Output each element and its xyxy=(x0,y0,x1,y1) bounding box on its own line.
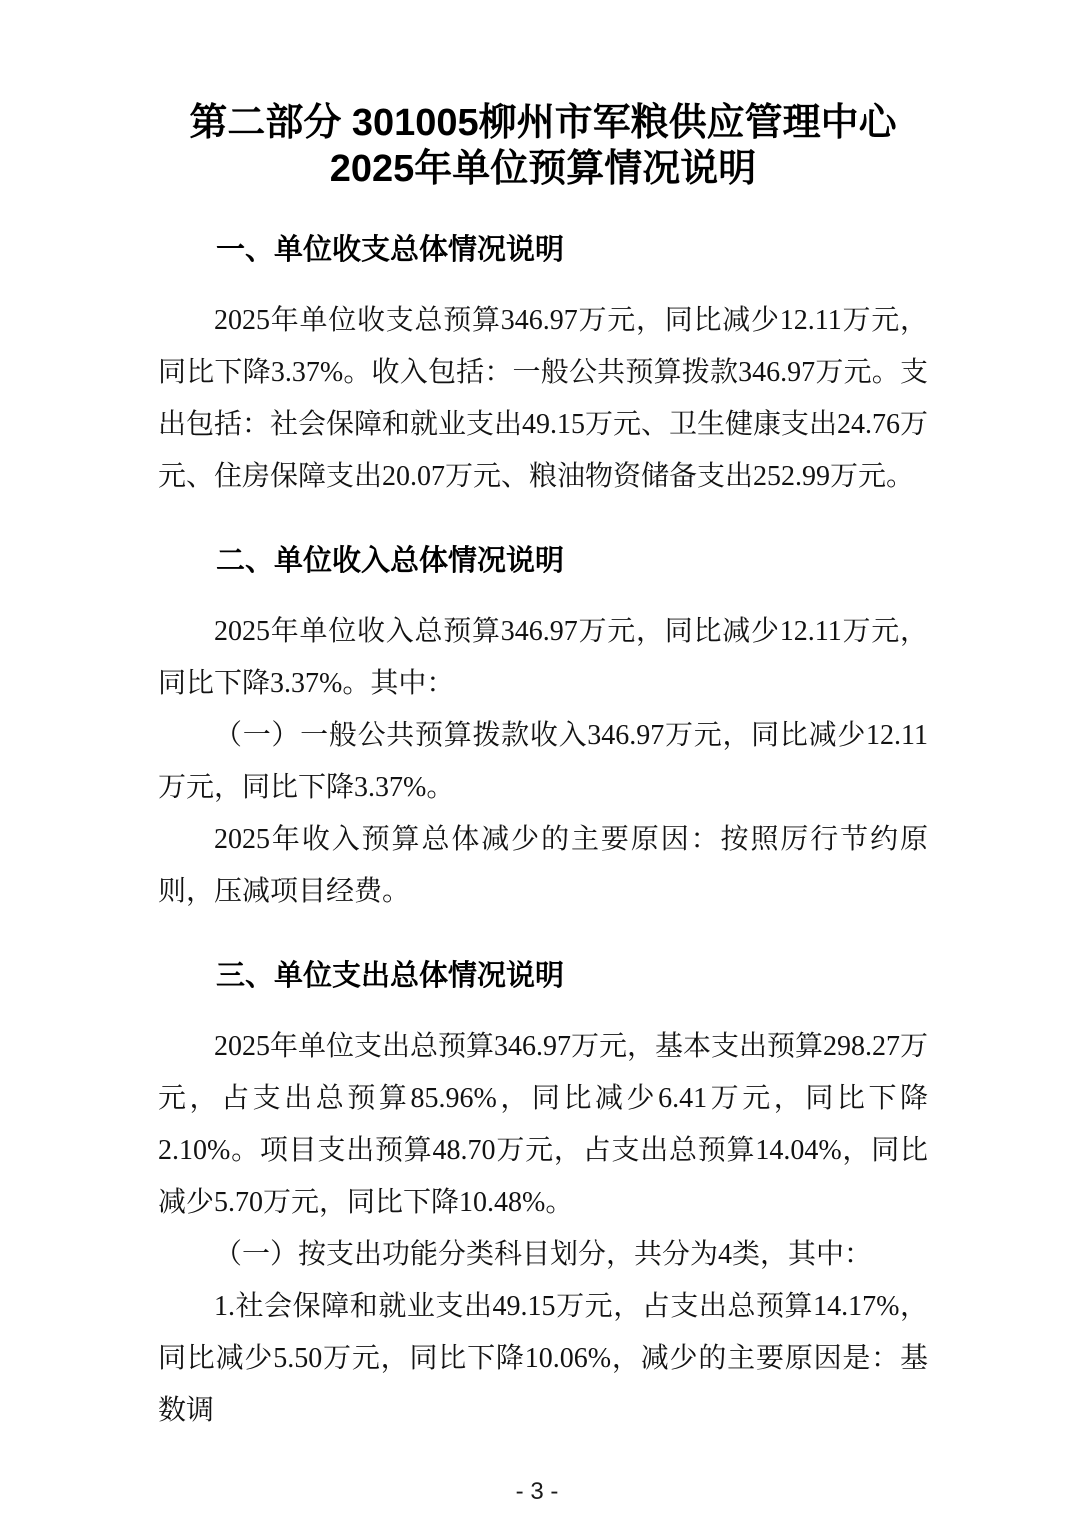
body-paragraph: 2025年单位收支总预算346.97万元，同比减少12.11万元，同比下降3.3… xyxy=(158,295,928,503)
body-paragraph: 1.社会保障和就业支出49.15万元，占支出总预算14.17%，同比减少5.50… xyxy=(158,1281,928,1437)
body-paragraph: 2025年收入预算总体减少的主要原因：按照厉行节约原则，压减项目经费。 xyxy=(158,814,928,918)
body-paragraph: （一）一般公共预算拨款收入346.97万元，同比减少12.11万元，同比下降3.… xyxy=(158,710,928,814)
document-title: 第二部分 301005柳州市军粮供应管理中心 2025年单位预算情况说明 xyxy=(158,100,928,192)
body-paragraph: 2025年单位收入总预算346.97万元，同比减少12.11万元，同比下降3.3… xyxy=(158,606,928,710)
document-content: 第二部分 301005柳州市军粮供应管理中心 2025年单位预算情况说明 一、单… xyxy=(0,0,1074,1437)
body-paragraph: 2025年单位支出总预算346.97万元，基本支出预算298.27万元，占支出总… xyxy=(158,1021,928,1229)
section-heading-income-expenditure-overview: 一、单位收支总体情况说明 xyxy=(158,233,928,267)
document-page: 第二部分 301005柳州市军粮供应管理中心 2025年单位预算情况说明 一、单… xyxy=(0,0,1074,1520)
body-paragraph: （一）按支出功能分类科目划分，共分为4类，其中： xyxy=(158,1229,928,1281)
section-heading-income-overview: 二、单位收入总体情况说明 xyxy=(158,544,928,578)
document-title-line1: 第二部分 301005柳州市军粮供应管理中心 xyxy=(158,100,928,146)
document-title-line2: 2025年单位预算情况说明 xyxy=(158,146,928,192)
section-heading-expenditure-overview: 三、单位支出总体情况说明 xyxy=(158,959,928,993)
page-number: - 3 - xyxy=(0,1478,1074,1506)
